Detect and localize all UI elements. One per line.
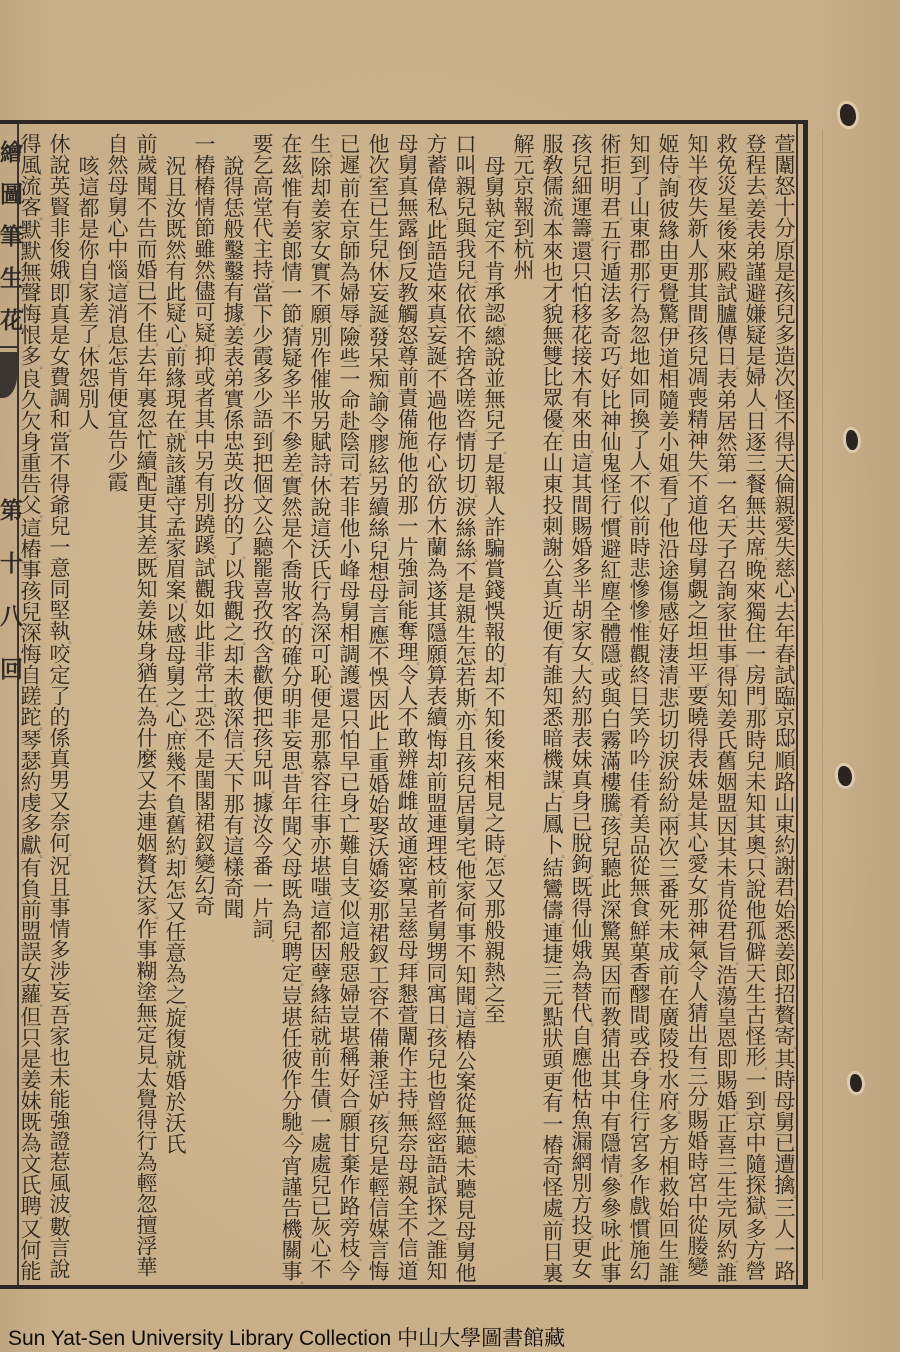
punctuation-circle: 。 [496, 663, 505, 665]
punctuation-circle: 。 [583, 1235, 592, 1237]
text-column: 知半夜失新人。那其間孩兒凋喪精神失。不道他母舅覷之坦坦平。要曉得表妹是其心愛女。… [682, 133, 711, 1285]
punctuation-circle: 。 [467, 280, 476, 282]
punctuation-circle: 。 [554, 641, 563, 643]
punctuation-circle: 。 [670, 473, 679, 475]
punctuation-circle: 。 [119, 280, 128, 282]
punctuation-circle: 。 [757, 1216, 766, 1218]
punctuation-circle: 。 [467, 559, 476, 561]
punctuation-circle: 。 [554, 920, 563, 922]
punctuation-circle: 。 [786, 1046, 795, 1048]
punctuation-circle: 。 [554, 790, 563, 792]
paper-crease [822, 130, 823, 1280]
punctuation-circle: 。 [148, 343, 157, 345]
punctuation-circle: 。 [612, 1174, 621, 1176]
punctuation-circle: 。 [264, 939, 273, 941]
punctuation-circle: 。 [148, 555, 157, 557]
punctuation-circle: 。 [293, 324, 302, 326]
punctuation-circle: 。 [351, 175, 360, 177]
punctuation-circle: 。 [612, 515, 621, 517]
punctuation-circle: 。 [554, 429, 563, 431]
punctuation-circle: 。 [438, 1025, 447, 1027]
text-column: 姬侍。詢彼緣由更覺驚。伊道相隨姜小姐。看了他沿途傷感好淒清。悲切切淚紛紛。兩次三… [653, 133, 682, 1285]
punctuation-circle: 。 [699, 259, 708, 261]
punctuation-circle: 。 [177, 430, 186, 432]
punctuation-circle: 。 [32, 727, 41, 729]
binding-hole-icon [846, 430, 858, 450]
punctuation-circle: 。 [757, 196, 766, 198]
punctuation-circle: 。 [148, 916, 157, 918]
prose-column: 況且汝既然有此疑心。前緣現在。就該謹守孟家眉案。以感母舅之心。庶幾不負舊約。却怎… [160, 133, 189, 1285]
text-column: 已遲。前在京師為婦辱。險些一命赴陰司。若非他小峰母舅相調護。還只怕早已身亡難自支… [334, 133, 363, 1285]
punctuation-circle: 。 [438, 876, 447, 878]
punctuation-circle: 。 [32, 515, 41, 517]
punctuation-circle: 。 [235, 323, 244, 325]
text-column: 生。除却姜家女實不願。別作催妝另賦詩。休說這沃氏行為深可恥。便是那慕容往事亦堪嗤… [305, 133, 334, 1285]
punctuation-circle: 。 [728, 962, 737, 964]
punctuation-circle: 。 [438, 727, 447, 729]
punctuation-circle: 。 [757, 408, 766, 410]
punctuation-circle: 。 [235, 749, 244, 751]
punctuation-circle: 。 [32, 855, 41, 857]
punctuation-circle: 。 [380, 538, 389, 540]
prose-column: 說得恁般鑿鑿有據。姜表弟實係忠英改扮的了。以我觀之。却未敢深信。天下那有這樣奇聞 [218, 133, 247, 1285]
punctuation-circle: 。 [264, 790, 273, 792]
text-column: 解元京報到杭州 [508, 133, 537, 1285]
punctuation-circle: 。 [786, 599, 795, 601]
binding-hole-icon [850, 1074, 862, 1092]
punctuation-circle: 。 [61, 429, 70, 431]
punctuation-circle: 。 [786, 1195, 795, 1197]
punctuation-circle: 。 [206, 704, 215, 706]
punctuation-circle: 。 [380, 389, 389, 391]
punctuation-circle: 。 [583, 874, 592, 876]
punctuation-circle: 。 [380, 259, 389, 261]
punctuation-circle: 。 [409, 1109, 418, 1111]
punctuation-circle: 。 [496, 451, 505, 453]
punctuation-circle: 。 [554, 1069, 563, 1071]
text-column: 救免災星。後來殿試臚傳日。表弟居然第一名。天子召詢家世事。得知姜氏舊姻盟。因其未… [711, 133, 740, 1285]
punctuation-circle: 。 [409, 238, 418, 240]
punctuation-circle: 。 [728, 664, 737, 666]
punctuation-circle: 。 [467, 857, 476, 859]
punctuation-circle: 。 [177, 856, 186, 858]
punctuation-circle: 。 [699, 1107, 708, 1109]
text-column: 在茲。惟有姜郎情一節。猜疑多半不參差。實然是个喬妝客。的確分明非妄思。昔年聞父母… [276, 133, 305, 1285]
punctuation-circle: 。 [264, 280, 273, 282]
punctuation-circle: 。 [293, 1132, 302, 1134]
punctuation-circle: 。 [641, 259, 650, 261]
text-column: 術拒明君。五行遁法多奇巧。好比神仙鬼怪行。慣避紅塵全體隱。或與白霧滿樓騰。孩兒聽… [595, 133, 624, 1285]
punctuation-circle: 。 [641, 1216, 650, 1218]
punctuation-circle: 。 [583, 662, 592, 664]
prose-column: 咳這都是你自家差了。休怨別人 [73, 133, 102, 1285]
punctuation-circle: 。 [61, 280, 70, 282]
text-column: 知到了山東郡。那行為忽地如同換了人。不似前時悲慘慘。惟觀終日笑吟吟。佳肴美品從無… [624, 133, 653, 1285]
punctuation-circle: 。 [612, 664, 621, 666]
punctuation-circle: 。 [670, 1111, 679, 1113]
punctuation-circle: 。 [728, 515, 737, 517]
punctuation-circle: 。 [293, 473, 302, 475]
punctuation-circle: 。 [786, 387, 795, 389]
binding-hole-icon [840, 104, 856, 126]
punctuation-circle: 。 [699, 683, 708, 685]
punctuation-circle: 。 [351, 324, 360, 326]
punctuation-circle: 。 [177, 600, 186, 602]
text-column: 自然母舅心中惱。這消息怎肯便宜告少霞 [102, 133, 131, 1285]
punctuation-circle: 。 [554, 217, 563, 219]
punctuation-circle: 。 [699, 471, 708, 473]
punctuation-circle: 。 [641, 918, 650, 920]
frame-border-top [0, 120, 808, 124]
punctuation-circle: 。 [467, 494, 476, 496]
punctuation-circle: 。 [409, 662, 418, 664]
page-text: 萱闈怒十分。原是孩兒多造次。怪不得天倫親愛失慈心。去年春試臨京邸。順路山東約謝君… [15, 133, 798, 1285]
text-column: 萱闈怒十分。原是孩兒多造次。怪不得天倫親愛失慈心。去年春試臨京邸。順路山東約謝君… [769, 133, 798, 1285]
punctuation-circle: 。 [699, 895, 708, 897]
punctuation-circle: 。 [177, 728, 186, 730]
text-column: 得風流客。默默無聲悔恨多。良久欠身重告父。這樁事孩兒深悔自蹉跎。琴瑟約虔多獻。有… [15, 133, 44, 1285]
punctuation-circle: 。 [322, 685, 331, 687]
text-column: 孩兒細運籌。還只怕移花接木有來由。這其間賜婚多半胡家女。大約那表妹真身已脫鉤。既… [566, 133, 595, 1285]
punctuation-circle: 。 [293, 771, 302, 773]
text-column: 口叫親兒與我兒。依依不捨各嗟咨。情切切。淚絲絲。不是親生怎若斯。亦且孩兒居舅宅。… [450, 133, 479, 1285]
text-column: 他次室已生兒。休妄誕。發呆痴。諭令膠絃另續絲。兒想母言應不悞。因此上重婚始娶沃嬌… [363, 133, 392, 1285]
punctuation-circle: 。 [786, 748, 795, 750]
punctuation-circle: 。 [380, 899, 389, 901]
punctuation-circle: 。 [467, 1006, 476, 1008]
punctuation-circle: 。 [380, 687, 389, 689]
punctuation-circle: 。 [438, 366, 447, 368]
punctuation-circle: 。 [409, 450, 418, 452]
punctuation-circle: 。 [641, 620, 650, 622]
punctuation-circle: 。 [32, 366, 41, 368]
punctuation-circle: 。 [351, 473, 360, 475]
punctuation-circle: 。 [612, 813, 621, 815]
punctuation-circle: 。 [786, 238, 795, 240]
prose-column: 母舅執定不肯承認。總說並無兒子。是報人詐騙賞錢悞報的。却不知後來相見之時。怎又那… [479, 133, 508, 1285]
text-column: 要乞高堂代主持。當下少霞多少語。到把個文公聽罷喜孜孜。含歡便把孩兒叫。據汝今番一… [247, 133, 276, 1285]
punctuation-circle: 。 [293, 983, 302, 985]
punctuation-circle: 。 [235, 556, 244, 558]
punctuation-circle: 。 [496, 854, 505, 856]
punctuation-circle: 。 [554, 1218, 563, 1220]
punctuation-circle: 。 [380, 1111, 389, 1113]
punctuation-circle: 。 [438, 578, 447, 580]
text-column: 服敎儒流。本來也才貌無雙比眾優。在山東投刺謝公真近便。有誰知悉暗機謀。占鳳卜。結… [537, 133, 566, 1285]
punctuation-circle: 。 [322, 154, 331, 156]
punctuation-circle: 。 [351, 1258, 360, 1260]
punctuation-circle: 。 [61, 1002, 70, 1004]
punctuation-circle: 。 [757, 557, 766, 559]
text-column: 登程去。姜表弟謹避嫌疑是婦人。日逐三餐無共席。晚來獨住一房門。那時兒未知其奧。只… [740, 133, 769, 1285]
punctuation-circle: 。 [728, 1111, 737, 1113]
frame-border-bottom [0, 1285, 808, 1289]
punctuation-circle: 。 [728, 813, 737, 815]
punctuation-circle: 。 [612, 366, 621, 368]
punctuation-circle: 。 [380, 324, 389, 326]
punctuation-circle: 。 [409, 960, 418, 962]
punctuation-circle: 。 [670, 685, 679, 687]
punctuation-circle: 。 [757, 706, 766, 708]
punctuation-circle: 。 [351, 897, 360, 899]
text-column: 休說英賢非俊娥。即真是女費調和。當不得爺兒一意同堅執。咬定了的係真男又奈何。況且… [44, 133, 73, 1285]
punctuation-circle: 。 [728, 217, 737, 219]
punctuation-circle: 。 [293, 622, 302, 624]
binding-hole-icon [838, 766, 852, 786]
punctuation-circle: 。 [293, 1281, 302, 1283]
punctuation-circle: 。 [351, 1109, 360, 1111]
frame-border-right-outer [803, 120, 808, 1289]
punctuation-circle: 。 [438, 1237, 447, 1239]
punctuation-circle: 。 [206, 343, 215, 345]
punctuation-circle: 。 [641, 1067, 650, 1069]
punctuation-circle: 。 [322, 1109, 331, 1111]
punctuation-circle: 。 [583, 1023, 592, 1025]
punctuation-circle: 。 [670, 813, 679, 815]
punctuation-circle: 。 [351, 685, 360, 687]
punctuation-circle: 。 [61, 641, 70, 643]
punctuation-circle: 。 [322, 897, 331, 899]
punctuation-circle: 。 [728, 1260, 737, 1262]
punctuation-circle: 。 [206, 555, 215, 557]
punctuation-circle: 。 [322, 324, 331, 326]
punctuation-circle: 。 [467, 1155, 476, 1157]
punctuation-circle: 。 [612, 1239, 621, 1241]
punctuation-circle: 。 [235, 642, 244, 644]
punctuation-circle: 。 [467, 429, 476, 431]
punctuation-circle: 。 [409, 1258, 418, 1260]
punctuation-circle: 。 [554, 855, 563, 857]
punctuation-circle: 。 [148, 1065, 157, 1067]
punctuation-circle: 。 [670, 962, 679, 964]
punctuation-circle: 。 [32, 1004, 41, 1006]
punctuation-circle: 。 [641, 471, 650, 473]
punctuation-circle: 。 [61, 853, 70, 855]
punctuation-circle: 。 [583, 450, 592, 452]
punctuation-circle: 。 [670, 324, 679, 326]
punctuation-circle: 。 [496, 323, 505, 325]
punctuation-circle: 。 [177, 1005, 186, 1007]
punctuation-circle: 。 [32, 1216, 41, 1218]
punctuation-circle: 。 [322, 473, 331, 475]
punctuation-circle: 。 [786, 897, 795, 899]
text-column: 方蓄偉私。此語造來真妄誕。不過他存心欲仿木蘭為。遂其隱願算表續。悔却前盟連理枝。… [421, 133, 450, 1285]
punctuation-circle: 。 [90, 344, 99, 346]
punctuation-circle: 。 [583, 238, 592, 240]
punctuation-circle: 。 [612, 962, 621, 964]
punctuation-circle: 。 [264, 641, 273, 643]
punctuation-circle: 。 [264, 429, 273, 431]
punctuation-circle: 。 [757, 855, 766, 857]
punctuation-circle: 。 [670, 175, 679, 177]
punctuation-circle: 。 [757, 1067, 766, 1069]
punctuation-circle: 。 [32, 217, 41, 219]
punctuation-circle: 。 [148, 704, 157, 706]
punctuation-circle: 。 [612, 217, 621, 219]
punctuation-circle: 。 [467, 708, 476, 710]
punctuation-circle: 。 [177, 344, 186, 346]
punctuation-circle: 。 [438, 217, 447, 219]
punctuation-circle: 。 [61, 1214, 70, 1216]
punctuation-circle: 。 [293, 175, 302, 177]
text-column: 母舅真無露。倒反教觸怒尊前責備施。他的那一片強詞能奪理。令人不敢辨雄雌。故通密稟… [392, 133, 421, 1285]
punctuation-circle: 。 [670, 1260, 679, 1262]
punctuation-circle: 。 [728, 366, 737, 368]
text-column: 一樁樁情節雖然儘可疑。抑或者其中另有別蹺蹊。試觀如此非常士。恐不是閨閣裙釵變幻奇 [189, 133, 218, 1285]
library-watermark: Sun Yat-Sen University Library Collectio… [8, 1322, 565, 1352]
punctuation-circle: 。 [641, 769, 650, 771]
punctuation-circle: 。 [409, 811, 418, 813]
text-column: 前歲聞不告而婚已不佳。去年裏忽忙續配更其差。既知姜妹身猶在。為什麼又去連姻贅沃家… [131, 133, 160, 1285]
